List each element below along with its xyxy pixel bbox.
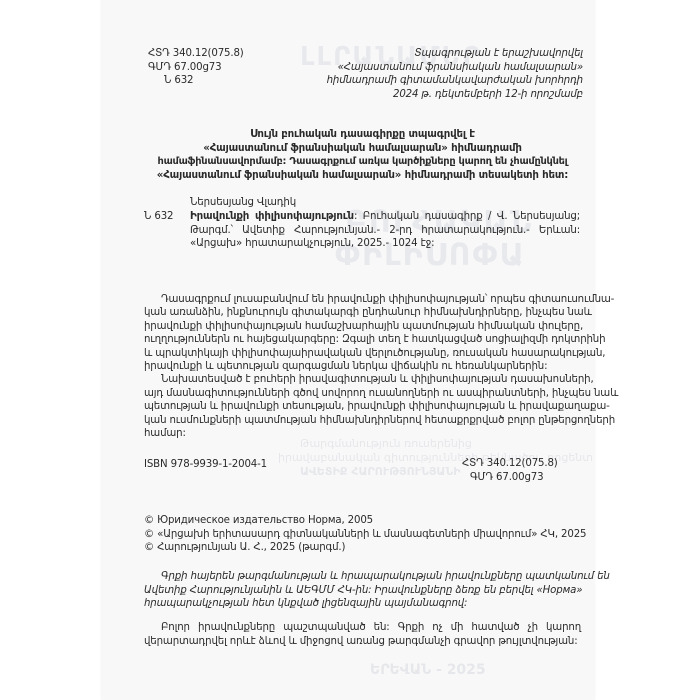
abstract-line: իրավունքի փիլիսոփայության համաշխարհային … [144, 320, 581, 333]
translation-rights-note: Գրքի հայերեն թարգմանության և հրապարակութ… [144, 570, 581, 611]
isbn: ISBN 978-9939-1-2004-1 [144, 458, 267, 471]
abstract-line: պետության և իրավունքի տեսության, իրավուն… [144, 400, 581, 413]
abstract-line: և պրակտիկայի փիլիսոփայաիրավական վերլուծո… [144, 347, 581, 360]
reserved-line: վերարտադրվել որևէ ձևով և միջոցով առանց թ… [144, 635, 581, 649]
abstract-line: Նախատեսված է բուհերի իրավագիտության և փի… [144, 373, 581, 386]
approval-line: հիմնադրամի գիտամանկավարժական խորհրդի [300, 74, 583, 88]
abstract-line: կան ուսմունքների պատմության հիմնախնդիրնե… [144, 414, 581, 427]
show-through-decoration: ԵՐԵՎԱՆ - 2025 [370, 662, 486, 678]
catalog-description: Իրավունքի փիլիսոփայություն: Բուհական դաս… [190, 210, 580, 251]
approval-statement: Տպագրության է երաշխավորվել «Հայաստանում … [300, 47, 583, 101]
abstract-line: Դասագրքում լուսաբանվում են իրավունքի փիլ… [144, 293, 581, 306]
udc-code: ՀՏԴ 340.12(075.8) [462, 457, 582, 471]
rights-line: Գրքի հայերեն թարգմանության և հրապարակութ… [144, 570, 581, 584]
catalog-line: Թարգմ.՝ Ավետիք Հարությունյան.- 2-րդ հրատ… [190, 224, 580, 238]
catalog-line: «Արցախ» հրատարակչություն, 2025.- 1024 էջ… [190, 237, 580, 251]
copyright-line: © «Արցախի երիտասարդ գիտնականների և մասնա… [144, 528, 581, 542]
funding-line: «Հայաստանում ֆրանսիական համալսարան» հիմն… [145, 169, 580, 183]
abstract: Դասագրքում լուսաբանվում են իրավունքի փիլ… [144, 293, 581, 440]
abstract-line: համար: [144, 427, 581, 440]
book-title: Իրավունքի փիլիսոփայություն [190, 211, 354, 222]
funding-line: համաֆինանսավորմամբ: Դասագրքում առկա կարծ… [145, 155, 580, 169]
abstract-line: կան առանձին, ինքնուրույն գիտակարգի ընդհա… [144, 306, 581, 319]
funding-line: «Հայաստանում ֆրանսիական համալսարան» հիմն… [145, 142, 580, 156]
reserved-line: Բոլոր իրավունքները պաշտպանված են: Գրքի ո… [144, 621, 581, 635]
catalog-author: Ներսեսյանց Վլադիկ [190, 196, 296, 209]
catalog-line: Իրավունքի փիլիսոփայություն: Բուհական դաս… [190, 210, 580, 224]
abstract-line: ուղղություններն ու հայեցակարգերը: Զգալի … [144, 333, 581, 346]
abstract-line: այդ մասնագիտությունների գծով սովորող ուս… [144, 387, 581, 400]
udc-code: ՀՏԴ 340.12(075.8) [148, 47, 258, 61]
classification-codes-bottom: ՀՏԴ 340.12(075.8) ԳՄԴ 67.00g73 [462, 457, 582, 484]
abstract-line: իրավունքի և պետության զարգացման ներկա վի… [144, 360, 581, 373]
all-rights-reserved: Բոլոր իրավունքները պաշտպանված են: Գրքի ո… [144, 621, 581, 648]
show-through-decoration: ԱՎԵՏԻՔ ՀԱՐՈՒԹՅՈՒՆՅԱՆԻ [300, 465, 461, 478]
copyright-notices: © Юридическое издательство Норма, 2005 ©… [144, 514, 581, 555]
approval-line: «Հայաստանում ֆրանսիական համալսարան» [300, 61, 583, 75]
rights-line: հրապարակչության հետ կնքված լիցենզային պա… [144, 597, 581, 611]
classification-codes-top: ՀՏԴ 340.12(075.8) ԳՄԴ 67.00g73 Ն 632 [148, 47, 258, 88]
funding-line: Սույն բուհական դասագիրքը տպագրվել է [145, 128, 580, 142]
lbc-code: ԳՄԴ 67.00g73 [462, 471, 582, 485]
rights-line: Ավետիք Հարությունյանին և ԱԵԳՄՄ ՀԿ-ին: Իր… [144, 584, 581, 598]
copyright-line: © Юридическое издательство Норма, 2005 [144, 514, 581, 528]
lbc-code: ԳՄԴ 67.00g73 [148, 61, 258, 75]
funding-statement: Սույն բուհական դասագիրքը տպագրվել է «Հայ… [145, 128, 580, 182]
approval-line: Տպագրության է երաշխավորվել [300, 47, 583, 61]
author-mark: Ն 632 [148, 74, 258, 88]
catalog-code: Ն 632 [144, 210, 173, 223]
copyright-line: © Հարությունյան Ա. Հ., 2025 (թարգմ.) [144, 541, 581, 555]
approval-line: 2024 թ. դեկտեմբերի 12-ի որոշմամբ [300, 88, 583, 102]
